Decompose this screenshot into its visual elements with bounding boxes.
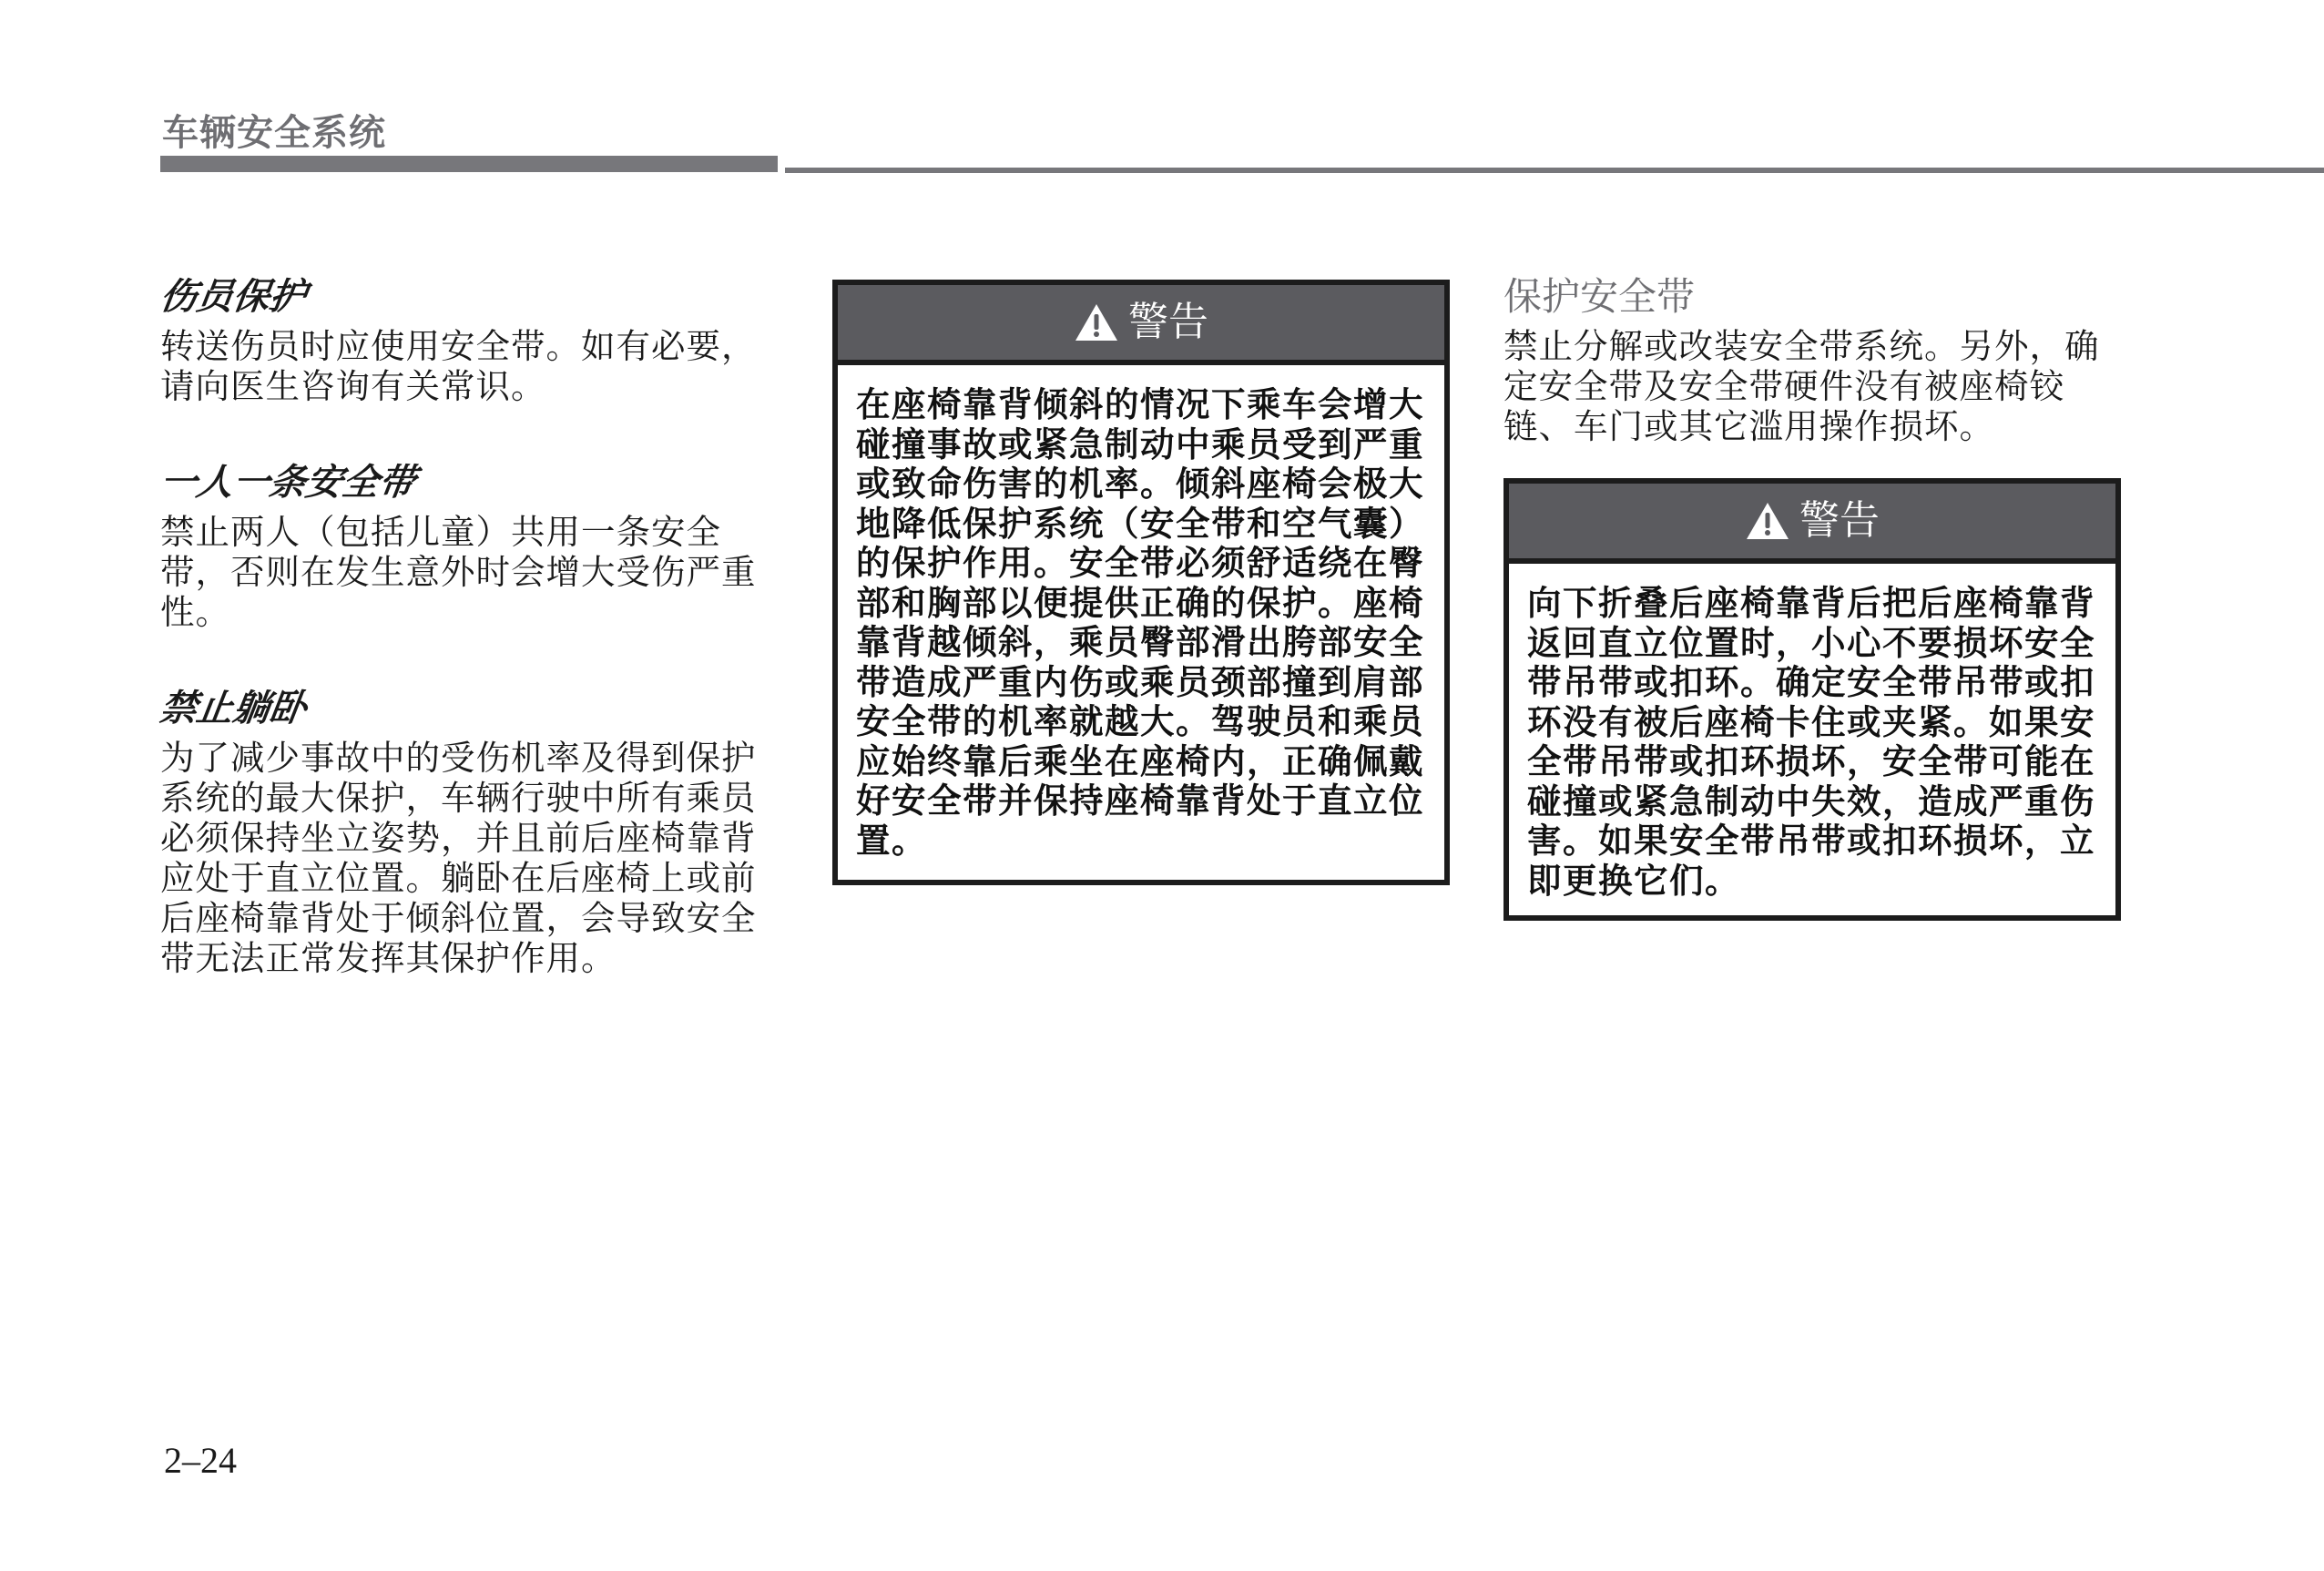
warning-triangle-icon <box>1074 302 1119 342</box>
section-heading: 伤员保护 <box>157 273 791 321</box>
warning-header: 警告 <box>1509 484 2115 564</box>
section-no-lying-down: 禁止躺卧 为了减少事故中的受伤机率及得到保护系统的最大保护，车辆行驶中所有乘员必… <box>160 685 789 978</box>
warning-box-reclined-seat: 警告 在座椅靠背倾斜的情况下乘车会增大碰撞事故或紧急制动中乘员受到严重或致命伤害… <box>832 280 1450 885</box>
warning-body: 在座椅靠背倾斜的情况下乘车会增大碰撞事故或紧急制动中乘员受到严重或致命伤害的机率… <box>838 365 1444 861</box>
chapter-title: 车辆安全系统 <box>162 109 386 157</box>
warning-title: 警告 <box>1128 300 1208 345</box>
section-heading: 一人一条安全带 <box>157 459 791 506</box>
header-bar-thick <box>160 156 778 172</box>
warning-body: 向下折叠后座椅靠背后把后座椅靠背返回直立位置时，小心不要损坏安全带吊带或扣环。确… <box>1509 564 2115 901</box>
warning-box-seat-folding: 警告 向下折叠后座椅靠背后把后座椅靠背返回直立位置时，小心不要损坏安全带吊带或扣… <box>1503 478 2121 921</box>
warning-triangle-icon <box>1745 501 1790 541</box>
section-injured-protection: 伤员保护 转送伤员时应使用安全带。如有必要，请向医生咨询有关常识。 <box>160 273 789 406</box>
section-heading: 保护安全带 <box>1503 273 2123 321</box>
right-column: 保护安全带 禁止分解或改装安全带系统。另外，确定安全带及安全带硬件没有被座椅铰链… <box>1503 273 2123 446</box>
section-heading: 禁止躺卧 <box>157 685 791 732</box>
warning-header: 警告 <box>838 285 1444 365</box>
header-bar-thin <box>785 168 2324 173</box>
warning-title: 警告 <box>1799 498 1880 544</box>
page-number: 2–24 <box>164 1439 237 1482</box>
section-body: 禁止分解或改装安全带系统。另外，确定安全带及安全带硬件没有被座椅铰链、车门或其它… <box>1503 326 2123 446</box>
section-body: 禁止两人（包括儿童）共用一条安全带，否则在发生意外时会增大受伤严重性。 <box>160 512 789 632</box>
section-body: 为了减少事故中的受伤机率及得到保护系统的最大保护，车辆行驶中所有乘员必须保持坐立… <box>160 738 789 978</box>
section-one-belt-per-person: 一人一条安全带 禁止两人（包括儿童）共用一条安全带，否则在发生意外时会增大受伤严… <box>160 459 789 632</box>
section-body: 转送伤员时应使用安全带。如有必要，请向医生咨询有关常识。 <box>160 326 789 406</box>
left-column: 伤员保护 转送伤员时应使用安全带。如有必要，请向医生咨询有关常识。 一人一条安全… <box>160 273 789 1031</box>
